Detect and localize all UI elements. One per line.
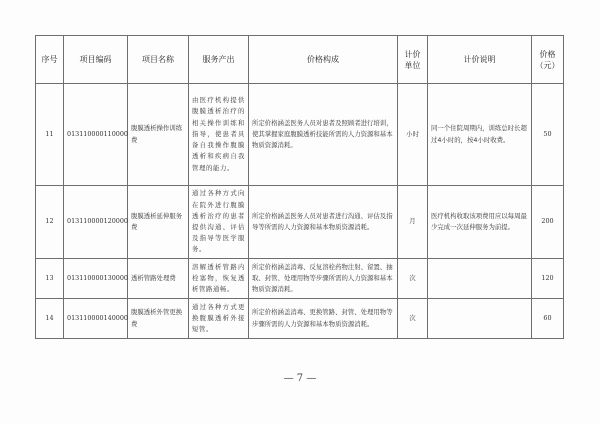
cell-code: 013110000130000 — [64, 259, 128, 299]
cell-code: 013110000140000 — [64, 299, 128, 339]
cell-note — [428, 299, 532, 339]
cell-output: 由医疗机构提供腹膜透析治疗的相关操作训练和指导，使患者具备自我操作腹膜透析和疾病… — [189, 84, 249, 186]
cell-name: 腹膜透析操作训练费 — [128, 84, 189, 186]
cell-note: 医疗机构收取该项费用应以每周最少完成一次延伸服务为前提。 — [428, 186, 532, 259]
table-row: 13 013110000130000 透析管路处理费 溶解透析管路内栓塞物，恢复… — [36, 259, 564, 299]
cell-price: 50 — [532, 84, 564, 186]
cell-unit: 次 — [398, 259, 428, 299]
cell-note — [428, 259, 532, 299]
header-unit: 计价单位 — [398, 36, 428, 84]
table-row: 12 013110000120000 腹膜透析延伸服务费 通过各种方式向在院外进… — [36, 186, 564, 259]
cell-composition: 所定价格涵盖医务人员对患者进行沟通、评估及指导等所需的人力资源和基本物质资源消耗… — [249, 186, 398, 259]
cell-output: 溶解透析管路内栓塞物，恢复透析管路通畅。 — [189, 259, 249, 299]
header-output: 服务产出 — [189, 36, 249, 84]
cell-composition: 所定价格涵盖消毒、反复溶栓药物注射、留置、抽取、封管、处理用物等步骤所需的人力资… — [249, 259, 398, 299]
price-table: 序号 项目编码 项目名称 服务产出 价格构成 计价单位 计价说明 价格（元） 1… — [35, 35, 564, 339]
header-name: 项目名称 — [128, 36, 189, 84]
cell-output: 通过各种方式更换腹膜透析外接短管。 — [189, 299, 249, 339]
table-header-row: 序号 项目编码 项目名称 服务产出 价格构成 计价单位 计价说明 价格（元） — [36, 36, 564, 84]
cell-composition: 所定价格涵盖消毒、更换管路、封管、处理用物等步骤所需的人力资源和基本物质资源消耗… — [249, 299, 398, 339]
cell-name: 腹膜透析外管更换费 — [128, 299, 189, 339]
cell-composition: 所定价格涵盖医务人员对患者及照顾者进行培训，使其掌握家庭腹膜透析技能所需的人力资… — [249, 84, 398, 186]
header-code: 项目编码 — [64, 36, 128, 84]
cell-output: 通过各种方式向在院外进行腹膜透析治疗的患者提供沟通、评估及指导等医学服务。 — [189, 186, 249, 259]
cell-code: 013110000120000 — [64, 186, 128, 259]
cell-unit: 小时 — [398, 84, 428, 186]
cell-seq: 13 — [36, 259, 64, 299]
cell-price: 120 — [532, 259, 564, 299]
header-price: 价格（元） — [532, 36, 564, 84]
cell-name: 腹膜透析延伸服务费 — [128, 186, 189, 259]
cell-seq: 14 — [36, 299, 64, 339]
header-note: 计价说明 — [428, 36, 532, 84]
page-number: — 7 — — [0, 373, 600, 384]
document-page: 序号 项目编码 项目名称 服务产出 价格构成 计价单位 计价说明 价格（元） 1… — [0, 0, 600, 424]
cell-name: 透析管路处理费 — [128, 259, 189, 299]
cell-seq: 11 — [36, 84, 64, 186]
cell-unit: 月 — [398, 186, 428, 259]
table-row: 14 013110000140000 腹膜透析外管更换费 通过各种方式更换腹膜透… — [36, 299, 564, 339]
cell-price: 60 — [532, 299, 564, 339]
cell-seq: 12 — [36, 186, 64, 259]
header-seq: 序号 — [36, 36, 64, 84]
cell-note: 同一个住院周期内，训练总时长超过4小时的，按4小时收费。 — [428, 84, 532, 186]
table-row: 11 013110000110000 腹膜透析操作训练费 由医疗机构提供腹膜透析… — [36, 84, 564, 186]
cell-code: 013110000110000 — [64, 84, 128, 186]
cell-unit: 次 — [398, 299, 428, 339]
header-composition: 价格构成 — [249, 36, 398, 84]
cell-price: 200 — [532, 186, 564, 259]
